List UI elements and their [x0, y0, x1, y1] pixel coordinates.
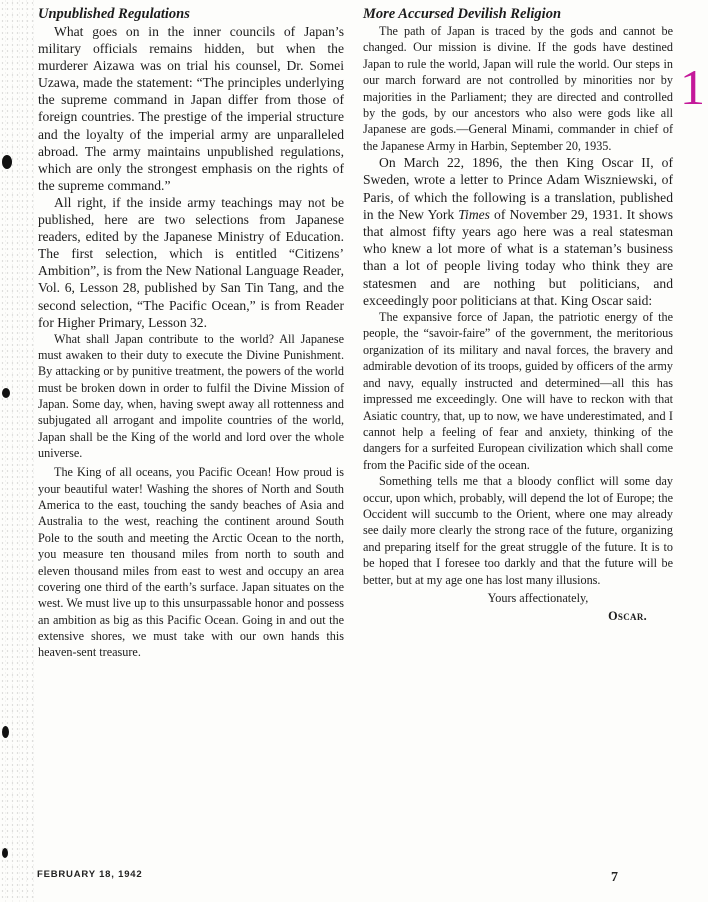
- quoted-reader-selection: What shall Japan contribute to the world…: [38, 331, 344, 462]
- minami-quote: The path of Japan is traced by the gods …: [363, 23, 673, 154]
- letter-signature: Oscar.: [363, 608, 647, 624]
- newspaper-title: Times: [458, 207, 490, 222]
- page-number: 7: [611, 870, 618, 886]
- body-paragraph: All right, if the inside army teachings …: [38, 194, 344, 331]
- letter-paragraph: The expansive force of Japan, the patrio…: [363, 309, 673, 473]
- section-heading: More Accursed Devilish Religion: [363, 6, 673, 22]
- section-heading: Unpublished Regulations: [38, 6, 344, 22]
- binder-hole-mark: [2, 726, 9, 738]
- binder-hole-mark: [2, 155, 12, 169]
- margin-annotation: 1: [680, 62, 705, 112]
- scan-edge-noise: [0, 0, 34, 902]
- binder-hole-mark: [2, 388, 10, 398]
- left-column: Unpublished Regulations What goes on in …: [38, 6, 344, 661]
- letter-closing: Yours affectionately,: [363, 590, 673, 606]
- quoted-reader-selection: The King of all oceans, you Pacific Ocea…: [38, 464, 344, 660]
- footer-date: FEBRUARY 18, 1942: [37, 869, 142, 880]
- body-paragraph: On March 22, 1896, the then King Oscar I…: [363, 154, 673, 309]
- letter-paragraph: Something tells me that a bloody conflic…: [363, 473, 673, 588]
- binder-hole-mark: [2, 848, 8, 858]
- body-paragraph: What goes on in the inner councils of Ja…: [38, 23, 344, 194]
- right-column: More Accursed Devilish Religion The path…: [363, 6, 673, 625]
